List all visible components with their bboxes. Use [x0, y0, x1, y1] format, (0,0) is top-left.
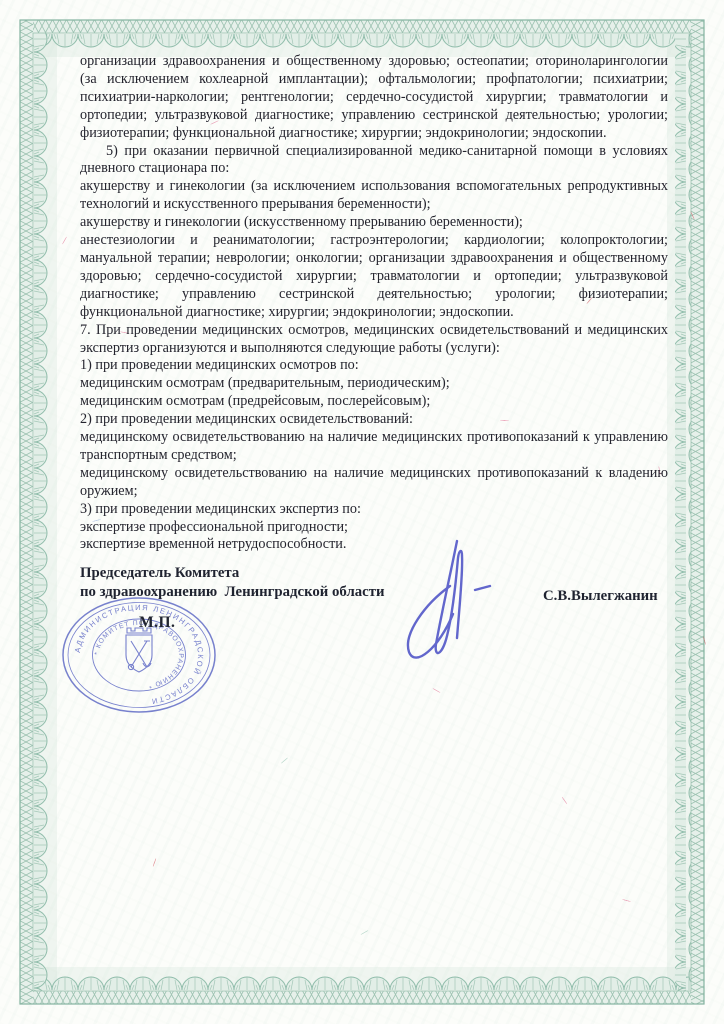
paragraph: экспертизе профессиональной пригодности;	[80, 519, 668, 537]
document-text: организации здравоохранения и общественн…	[80, 53, 668, 554]
paragraph: акушерству и гинекологии (за исключением…	[80, 178, 668, 214]
signature-ink	[395, 526, 510, 676]
paragraph: 5) при оказании первичной специализирова…	[80, 143, 668, 179]
signature-block-title: Председатель Комитетапо здравоохранению …	[80, 564, 385, 602]
paragraph: медицинским осмотрам (предрейсовым, посл…	[80, 393, 668, 411]
seal-mark-label: М.П.	[139, 614, 175, 632]
paragraph: акушерству и гинекологии (искусственному…	[80, 214, 668, 232]
paragraph: экспертизе временной нетрудоспособности.	[80, 536, 668, 554]
paragraph: медицинскому освидетельствованию на нали…	[80, 429, 668, 465]
paragraph: 3) при проведении медицинских экспертиз …	[80, 501, 668, 519]
paragraph: организации здравоохранения и общественн…	[80, 53, 668, 143]
signer-name: С.В.Вылегжанин	[543, 588, 658, 605]
signer-title-line1: Председатель Комитета	[80, 565, 239, 581]
paragraph: 7. При проведении медицинских осмотров, …	[80, 322, 668, 358]
paragraph: 2) при проведении медицинских освидетель…	[80, 411, 668, 429]
paragraph: медицинским осмотрам (предварительным, п…	[80, 375, 668, 393]
official-stamp: АДМИНИСТРАЦИЯ ЛЕНИНГРАДСКОЙ ОБЛАСТИ * КО…	[58, 592, 220, 718]
paragraph: анестезиологии и реаниматологии; гастроэ…	[80, 232, 668, 322]
coat-of-arms-icon	[126, 628, 152, 672]
signer-title-line2: по здравоохранению Ленинградской области	[80, 584, 385, 600]
paragraph: 1) при проведении медицинских осмотров п…	[80, 357, 668, 375]
paragraph: медицинскому освидетельствованию на нали…	[80, 465, 668, 501]
scanned-license-page: организации здравоохранения и общественн…	[0, 0, 724, 1024]
